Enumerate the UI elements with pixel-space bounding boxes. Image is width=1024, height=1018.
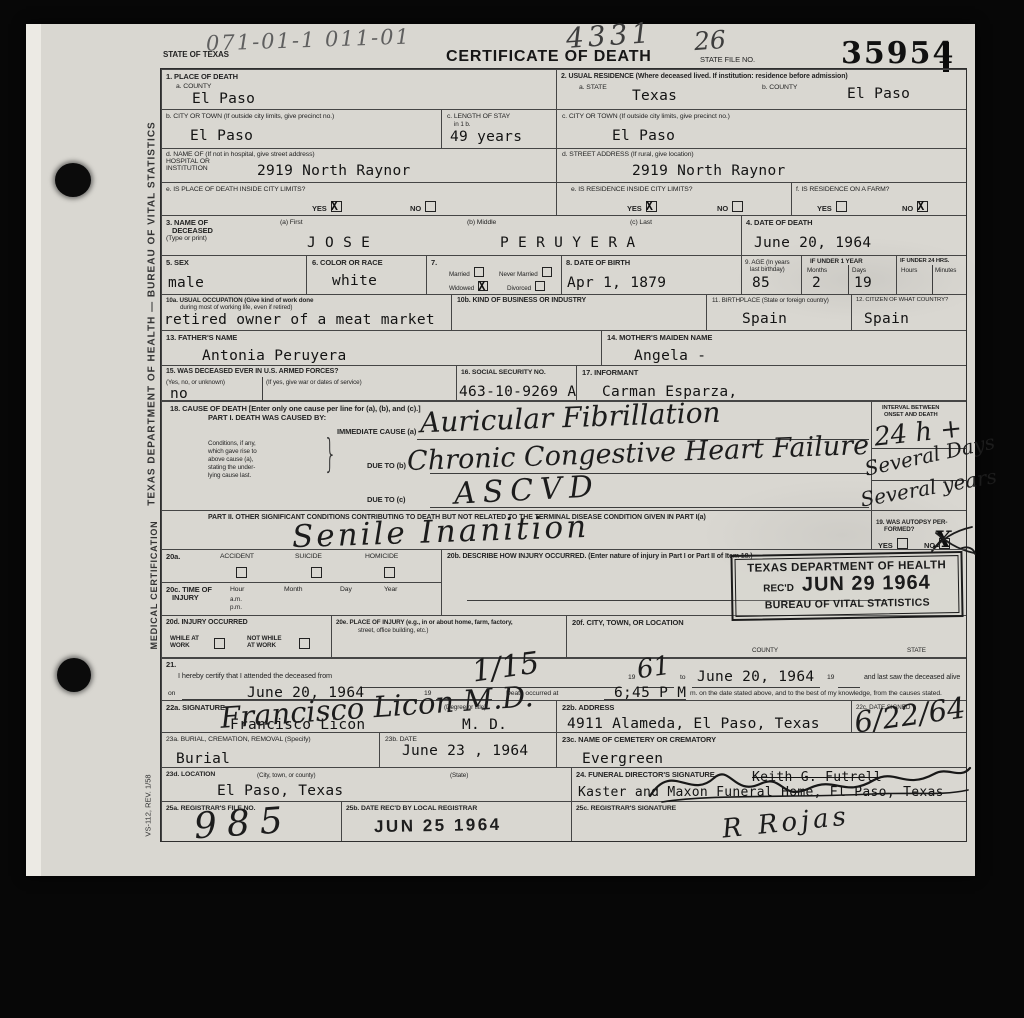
cause-a-handwriting: Auricular Fibrillation bbox=[420, 399, 721, 437]
checkbox-x-mark: X bbox=[331, 199, 338, 213]
place-of-death-title: 1. PLACE OF DEATH bbox=[166, 73, 238, 82]
sex-label: 5. SEX bbox=[166, 259, 189, 268]
business-industry-label: 10b. KIND OF BUSINESS OR INDUSTRY bbox=[457, 297, 586, 305]
date-signed-handwriting: 6/22/64 bbox=[853, 693, 968, 737]
due-to-b-label: DUE TO (b) bbox=[367, 462, 406, 471]
never-married-option: Never Married bbox=[499, 267, 552, 278]
describe-injury-label: 20b. DESCRIBE HOW INJURY OCCURRED. (Ente… bbox=[447, 553, 752, 561]
place-city-limits-cell: e. IS PLACE OF DEATH INSIDE CITY LIMITS?… bbox=[161, 182, 556, 215]
homicide-label: HOMICIDE bbox=[365, 553, 398, 561]
left-margin-agency-text: TEXAS DEPARTMENT OF HEALTH — BUREAU OF V… bbox=[147, 104, 158, 524]
residence-state-value: Texas bbox=[632, 89, 677, 104]
no-label: NO bbox=[717, 204, 728, 213]
place-city-limits-label: e. IS PLACE OF DEATH INSIDE CITY LIMITS? bbox=[166, 186, 305, 194]
certification-cell: 21. I hereby certify that I attended the… bbox=[161, 657, 966, 700]
minutes-label: Minutes bbox=[935, 267, 956, 274]
date-of-birth-value: Apr 1, 1879 bbox=[567, 276, 666, 291]
first-name-label: (a) First bbox=[280, 219, 303, 227]
months-value: 2 bbox=[812, 276, 821, 291]
months-days-divider bbox=[848, 265, 849, 295]
autopsy-cell: 19. WAS AUTOPSY PER- FORMED? YES NOX bbox=[871, 510, 966, 549]
days-label: Days bbox=[852, 267, 866, 274]
ssn-value: 463-10-9269 A bbox=[459, 385, 576, 400]
name-of-deceased-cell: 3. NAME OF DECEASED (Type or print) (a) … bbox=[161, 215, 741, 255]
age-label-2: last birthday) bbox=[750, 266, 785, 273]
fathers-name-cell: 13. FATHER'S NAME Antonia Peruyera bbox=[161, 330, 601, 365]
funeral-director-signature-scribble bbox=[642, 756, 972, 806]
place-of-death-county-cell: 1. PLACE OF DEATH a. COUNTY El Paso bbox=[161, 69, 556, 109]
pencil-code-handwriting: 071-01-1 011-01 bbox=[206, 26, 412, 54]
time-of-injury-label-2: INJURY bbox=[172, 594, 199, 603]
place-limits-no: NO bbox=[410, 201, 436, 214]
cemetery-label: 23c. NAME OF CEMETERY OR CREMATORY bbox=[562, 736, 716, 745]
residence-city-limits-cell: e. IS RESIDENCE INSIDE CITY LIMITS? YESX… bbox=[556, 182, 791, 215]
conditions-brace: } bbox=[324, 433, 337, 478]
age-cell: 9. AGE (In years last birthday) 85 bbox=[741, 255, 801, 294]
physician-signature-cell: 22a. SIGNATURE Francisco Licon M.D. Fran… bbox=[161, 700, 556, 732]
birthplace-label: 11. BIRTHPLACE (State or foreign country… bbox=[712, 297, 829, 304]
first-name-value: J O S E bbox=[307, 236, 370, 251]
date-recd-cell: 25b. DATE REC'D BY LOCAL REGISTRAR JUN 2… bbox=[341, 801, 571, 841]
informant-cell: 17. INFORMANT Carman Esparza, bbox=[576, 365, 966, 400]
accident-checkbox bbox=[236, 567, 247, 578]
color-race-value: white bbox=[332, 274, 377, 289]
burial-location-cell: 23d. LOCATION (City, town, or county) (S… bbox=[161, 767, 571, 801]
no-label: NO bbox=[902, 204, 913, 213]
residence-limits-no: NO bbox=[717, 201, 743, 214]
no-label: NO bbox=[410, 204, 421, 213]
hours-label: Hours bbox=[901, 267, 917, 274]
sex-value: male bbox=[168, 276, 204, 291]
hospital-label-3: INSTITUTION bbox=[166, 165, 208, 173]
registrar-file-no-cell: 25a. REGISTRAR'S FILE NO. 985 bbox=[161, 801, 341, 841]
street-address-value: 2919 North Raynor bbox=[632, 164, 786, 179]
under-24-hrs-cell: IF UNDER 24 HRS. Hours Minutes bbox=[896, 255, 966, 294]
cause-c-handwriting: ASCVD bbox=[453, 472, 600, 510]
conditions-line-5: lying cause last. bbox=[208, 472, 251, 479]
certification-number: 21. bbox=[166, 661, 176, 670]
citizen-value: Spain bbox=[864, 312, 909, 327]
residence-farm-cell: f. IS RESIDENCE ON A FARM? YES NOX bbox=[791, 182, 966, 215]
funeral-director-cell: 24. FUNERAL DIRECTOR'S SIGNATURE Keith G… bbox=[571, 767, 966, 801]
form-code: VS-112, REV. 1/58 bbox=[144, 761, 153, 851]
year-19-prefix-2: 19 bbox=[827, 674, 834, 682]
degree-value: M. D. bbox=[462, 718, 507, 733]
registrar-signature-handwriting: R Rojas bbox=[721, 803, 851, 842]
date-of-death-cell: 4. DATE OF DEATH June 20, 1964 bbox=[741, 215, 966, 255]
fathers-name-value: Antonia Peruyera bbox=[202, 349, 346, 364]
conditions-line-3: above cause (a), bbox=[208, 456, 253, 463]
medical-certification-vertical-label: MEDICAL CERTIFICATION bbox=[149, 510, 159, 660]
part2-handwriting: Senile Inanition bbox=[292, 512, 590, 553]
under-1-year-label: IF UNDER 1 YEAR bbox=[810, 258, 863, 265]
autopsy-label-2: FORMED? bbox=[884, 526, 914, 533]
residence-farm-label: f. IS RESIDENCE ON A FARM? bbox=[796, 186, 889, 194]
street-address-label: d. STREET ADDRESS (If rural, give locati… bbox=[562, 151, 694, 159]
occupation-label-2: during most of working life, even if ret… bbox=[180, 304, 292, 311]
armed-forces-sub-2: (If yes, give war or dates of service) bbox=[266, 379, 362, 386]
burial-date-value: June 23 , 1964 bbox=[402, 744, 528, 759]
date-of-death-value: June 20, 1964 bbox=[754, 236, 871, 251]
street-address-cell: d. STREET ADDRESS (If rural, give locati… bbox=[556, 148, 966, 182]
date-of-birth-cell: 8. DATE OF BIRTH Apr 1, 1879 bbox=[561, 255, 741, 294]
divorced-option: Divorced bbox=[507, 281, 545, 292]
checkbox-x-mark: X bbox=[646, 199, 653, 213]
birthplace-cell: 11. BIRTHPLACE (State or foreign country… bbox=[706, 294, 851, 330]
burial-date-cell: 23b. DATE June 23 , 1964 bbox=[379, 732, 556, 767]
occupation-cell: 10a. USUAL OCCUPATION (Give kind of work… bbox=[161, 294, 451, 330]
serial-number: 35954 bbox=[841, 36, 955, 71]
month-label: Month bbox=[284, 586, 302, 594]
length-of-stay-cell: c. LENGTH OF STAY in 1 b. 49 years bbox=[441, 109, 556, 148]
stamp-recd-label: REC'D bbox=[763, 583, 794, 595]
ssn-label: 16. SOCIAL SECURITY NO. bbox=[461, 369, 546, 377]
certification-line-1: I hereby certify that I attended the dec… bbox=[178, 672, 332, 680]
color-race-label: 6. COLOR OR RACE bbox=[312, 259, 383, 268]
checkbox-x-mark: X bbox=[478, 279, 485, 293]
marital-label: 7. bbox=[431, 259, 437, 268]
business-industry-cell: 10b. KIND OF BUSINESS OR INDUSTRY bbox=[451, 294, 706, 330]
certification-line-2b: m. on the date stated above, and to the … bbox=[690, 690, 942, 698]
armed-forces-divider bbox=[262, 377, 263, 401]
certificate-scan: TEXAS DEPARTMENT OF HEALTH — BUREAU OF V… bbox=[26, 24, 975, 876]
residence-county-label: b. COUNTY bbox=[762, 84, 797, 92]
am-label: a.m. bbox=[230, 596, 242, 603]
interval-label-1: INTERVAL BETWEEN bbox=[882, 405, 939, 412]
registrar-signature-cell: 25c. REGISTRAR'S SIGNATURE R Rojas bbox=[571, 801, 966, 841]
place-city-cell: b. CITY OR TOWN (If outside city limits,… bbox=[161, 109, 441, 148]
married-option: Married bbox=[449, 267, 484, 278]
hole-punch-bottom bbox=[57, 658, 91, 692]
never-married-checkbox bbox=[542, 267, 552, 277]
residence-state-label: a. STATE bbox=[579, 84, 607, 92]
residence-city-label: c. CITY OR TOWN (If outside city limits,… bbox=[562, 113, 730, 121]
usual-residence-cell: 2. USUAL RESIDENCE (Where deceased lived… bbox=[556, 69, 966, 109]
yes-label: YES bbox=[627, 204, 642, 213]
year-label: Year bbox=[384, 586, 397, 594]
manner-label: 20a. bbox=[166, 553, 180, 562]
stamp-line-3: BUREAU OF VITAL STATISTICS bbox=[742, 596, 952, 612]
year-19-prefix: 19 bbox=[628, 674, 635, 682]
birthplace-value: Spain bbox=[742, 312, 787, 327]
pencil-cert-number: 4331 bbox=[565, 19, 654, 53]
year-handwriting: 61 bbox=[635, 653, 671, 683]
conditions-line-2: which gave rise to bbox=[208, 448, 257, 455]
physician-signature-label: 22a. SIGNATURE bbox=[166, 704, 225, 713]
marital-status-cell: 7. Married Never Married WidowedX Divorc… bbox=[426, 255, 561, 294]
residence-city-cell: c. CITY OR TOWN (If outside city limits,… bbox=[556, 109, 966, 148]
burial-location-value: El Paso, Texas bbox=[217, 784, 343, 799]
color-race-cell: 6. COLOR OR RACE white bbox=[306, 255, 426, 294]
not-while-checkbox bbox=[299, 638, 310, 649]
pencil-file-number: 26 bbox=[693, 27, 726, 54]
married-checkbox bbox=[474, 267, 484, 277]
suicide-checkbox bbox=[311, 567, 322, 578]
citizen-cell: 12. CITIZEN OF WHAT COUNTRY? Spain bbox=[851, 294, 966, 330]
conditions-line-4: stating the under- bbox=[208, 464, 255, 471]
mothers-name-label: 14. MOTHER'S MAIDEN NAME bbox=[607, 334, 712, 343]
middle-name-label: (b) Middle bbox=[467, 219, 496, 227]
place-city-value: El Paso bbox=[190, 129, 253, 144]
divorced-checkbox bbox=[535, 281, 545, 291]
under-1-year-cell: IF UNDER 1 YEAR Months Days 2 19 bbox=[801, 255, 896, 294]
hole-punch-top bbox=[55, 163, 91, 197]
length-of-stay-sublabel: in 1 b. bbox=[454, 121, 470, 128]
residence-city-limits-label: e. IS RESIDENCE INSIDE CITY LIMITS? bbox=[571, 186, 692, 194]
location-sub-1: (City, town, or county) bbox=[257, 772, 315, 779]
date-recd-label: 25b. DATE REC'D BY LOCAL REGISTRAR bbox=[346, 805, 477, 813]
conditions-line-1: Conditions, if any, bbox=[208, 440, 256, 447]
months-label: Months bbox=[807, 267, 827, 274]
certificate-form: 1. PLACE OF DEATH a. COUNTY El Paso 2. U… bbox=[160, 68, 967, 842]
date-signed-cell: 22c. DATE SIGNED 6/22/64 bbox=[851, 700, 966, 732]
on-label: on bbox=[168, 690, 175, 698]
ssn-cell: 16. SOCIAL SECURITY NO. 463-10-9269 A bbox=[456, 365, 576, 400]
place-limits-yes-checkbox: X bbox=[331, 201, 342, 212]
while-at-work-label-2: WORK bbox=[170, 642, 190, 649]
farm-no: NOX bbox=[902, 201, 928, 214]
widowed-label: Widowed bbox=[449, 285, 474, 292]
to-date-value: June 20, 1964 bbox=[697, 670, 814, 685]
armed-forces-cell: 15. WAS DECEASED EVER IN U.S. ARMED FORC… bbox=[161, 365, 456, 400]
widowed-option: WidowedX bbox=[449, 281, 488, 292]
never-married-label: Never Married bbox=[499, 271, 538, 278]
place-city-label: b. CITY OR TOWN (If outside city limits,… bbox=[166, 113, 334, 121]
injury-city-cell: 20f. CITY, TOWN, OR LOCATION COUNTY STAT… bbox=[566, 615, 966, 657]
armed-forces-label: 15. WAS DECEASED EVER IN U.S. ARMED FORC… bbox=[166, 368, 338, 376]
injury-occurred-cell: 20d. INJURY OCCURRED WHILE AT WORK NOT W… bbox=[161, 615, 331, 657]
date-recd-stamp: JUN 25 1964 bbox=[374, 815, 502, 837]
divorced-label: Divorced bbox=[507, 285, 531, 292]
date-of-birth-label: 8. DATE OF BIRTH bbox=[566, 259, 630, 268]
hours-minutes-divider bbox=[932, 265, 933, 295]
burial-value: Burial bbox=[176, 752, 230, 767]
not-while-label-2: AT WORK bbox=[247, 642, 276, 649]
certification-line-1b: and last saw the deceased alive bbox=[864, 674, 960, 682]
mothers-name-value: Angela - bbox=[634, 349, 706, 364]
due-to-c-label: DUE TO (c) bbox=[367, 496, 405, 505]
residence-limits-yes: YESX bbox=[627, 201, 657, 214]
yes-label: YES bbox=[817, 204, 832, 213]
hospital-value: 2919 North Raynor bbox=[257, 164, 411, 179]
date-of-death-label: 4. DATE OF DEATH bbox=[746, 219, 812, 228]
county-value: El Paso bbox=[192, 92, 255, 107]
residence-limits-yes-checkbox: X bbox=[646, 201, 657, 212]
occupation-value: retired owner of a meat market bbox=[164, 313, 435, 328]
state-file-no-label: STATE FILE NO. bbox=[700, 56, 755, 65]
injury-occurred-label: 20d. INJURY OCCURRED bbox=[166, 619, 248, 627]
county-sublabel: COUNTY bbox=[752, 647, 778, 654]
interval-column-cell: INTERVAL BETWEEN ONSET AND DEATH 24 h + … bbox=[871, 400, 966, 510]
farm-yes: YES bbox=[817, 201, 847, 214]
citizen-label: 12. CITIZEN OF WHAT COUNTRY? bbox=[856, 297, 948, 304]
married-label: Married bbox=[449, 271, 470, 278]
informant-label: 17. INFORMANT bbox=[582, 369, 638, 378]
name-label-3: (Type or print) bbox=[166, 235, 207, 243]
year-line-2 bbox=[838, 687, 860, 688]
usual-residence-title: 2. USUAL RESIDENCE (Where deceased lived… bbox=[561, 73, 848, 81]
last-name-label: (c) Last bbox=[630, 219, 652, 227]
mothers-name-cell: 14. MOTHER'S MAIDEN NAME Angela - bbox=[601, 330, 966, 365]
health-department-stamp: TEXAS DEPARTMENT OF HEALTH REC'D JUN 29 … bbox=[730, 551, 963, 621]
time-of-injury-cell: 20c. TIME OF INJURY Hour a.m. p.m. Month… bbox=[161, 582, 441, 615]
widowed-checkbox: X bbox=[478, 281, 488, 291]
burial-label: 23a. BURIAL, CREMATION, REMOVAL (Specify… bbox=[166, 736, 311, 744]
residence-limits-no-checkbox bbox=[732, 201, 743, 212]
suicide-label: SUICIDE bbox=[295, 553, 322, 561]
burial-cell: 23a. BURIAL, CREMATION, REMOVAL (Specify… bbox=[161, 732, 379, 767]
day-label: Day bbox=[340, 586, 352, 594]
yes-label: YES bbox=[312, 204, 327, 213]
days-value: 19 bbox=[854, 276, 872, 291]
physician-address-label: 22b. ADDRESS bbox=[562, 704, 614, 713]
place-limits-no-checkbox bbox=[425, 201, 436, 212]
cause-of-death-cell: 18. CAUSE OF DEATH [Enter only one cause… bbox=[161, 400, 871, 510]
homicide-checkbox bbox=[384, 567, 395, 578]
residence-city-value: El Paso bbox=[612, 129, 675, 144]
place-of-injury-label-1: 20e. PLACE OF INJURY (e.g., in or about … bbox=[336, 619, 513, 626]
place-limits-yes: YESX bbox=[312, 201, 342, 214]
place-of-injury-label-2: street, office building, etc.) bbox=[358, 627, 428, 634]
while-at-work-checkbox bbox=[214, 638, 225, 649]
injury-city-label: 20f. CITY, TOWN, OR LOCATION bbox=[572, 619, 684, 628]
stamp-date: JUN 29 1964 bbox=[802, 572, 931, 597]
county-label: a. COUNTY bbox=[176, 83, 211, 91]
immediate-cause-label: IMMEDIATE CAUSE (a) bbox=[337, 428, 416, 437]
checkbox-x-mark: X bbox=[917, 199, 924, 213]
autopsy-yes-checkbox bbox=[897, 538, 908, 549]
hour-label: Hour bbox=[230, 586, 244, 594]
part1-label: PART I. DEATH WAS CAUSED BY: bbox=[208, 414, 326, 423]
to-date-line bbox=[692, 687, 820, 688]
fathers-name-label: 13. FATHER'S NAME bbox=[166, 334, 237, 343]
hospital-cell: d. NAME OF (If not in hospital, give str… bbox=[161, 148, 556, 182]
registrar-file-no-handwriting: 985 bbox=[193, 803, 294, 846]
last-name-value: P E R U Y E R A bbox=[500, 236, 635, 251]
accident-suicide-homicide-cell: 20a. ACCIDENT SUICIDE HOMICIDE bbox=[161, 549, 441, 582]
location-sub-2: (State) bbox=[450, 772, 468, 779]
length-of-stay-label: c. LENGTH OF STAY bbox=[447, 113, 510, 121]
registrar-signature-label: 25c. REGISTRAR'S SIGNATURE bbox=[576, 805, 676, 813]
state-sublabel: STATE bbox=[907, 647, 926, 654]
burial-location-label: 23d. LOCATION bbox=[166, 771, 215, 779]
farm-no-checkbox: X bbox=[917, 201, 928, 212]
pm-label: p.m. bbox=[230, 604, 242, 611]
residence-county-value: El Paso bbox=[847, 87, 910, 102]
farm-yes-checkbox bbox=[836, 201, 847, 212]
sex-cell: 5. SEX male bbox=[161, 255, 306, 294]
physician-address-cell: 22b. ADDRESS 4911 Alameda, El Paso, Texa… bbox=[556, 700, 851, 732]
under-24-hrs-label: IF UNDER 24 HRS. bbox=[900, 258, 949, 265]
accident-label: ACCIDENT bbox=[220, 553, 254, 561]
age-value: 85 bbox=[752, 276, 770, 291]
part2-cell: PART II. OTHER SIGNIFICANT CONDITIONS CO… bbox=[161, 510, 871, 549]
physician-address-value: 4911 Alameda, El Paso, Texas bbox=[567, 717, 820, 732]
to-label: to bbox=[680, 674, 685, 682]
length-of-stay-value: 49 years bbox=[450, 130, 522, 145]
